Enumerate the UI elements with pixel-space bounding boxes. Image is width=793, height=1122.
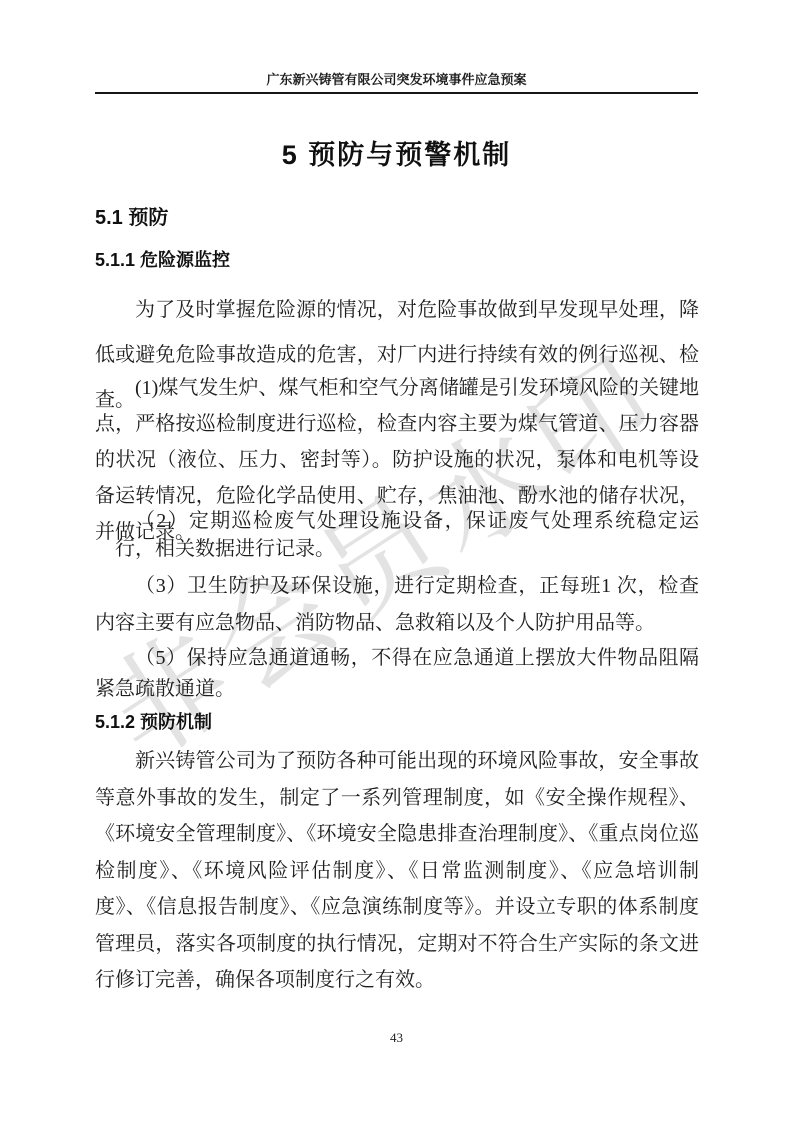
page-header: 广东新兴铸管有限公司突发环境事件应急预案: [0, 69, 793, 88]
paragraph-item-2: （2）定期巡检废气处理设施设备，保证废气处理系统稳定运行，相关数据进行记录。: [95, 507, 699, 563]
section-heading-5-1-1: 5.1.1 危险源监控: [95, 246, 230, 272]
paragraph-item-3: （3）卫生防护及环保设施，进行定期检查，正每班1 次，检查内容主要有应急物品、消…: [95, 568, 699, 642]
page-number: 43: [0, 1030, 793, 1046]
paragraph-5-1-2: 新兴铸管公司为了预防各种可能出现的环境风险事故，安全事故等意外事故的发生，制定了…: [95, 743, 699, 999]
document-page: 非会员水印 广东新兴铸管有限公司突发环境事件应急预案 5 预防与预警机制 5.1…: [0, 0, 793, 1122]
paragraph-item-5: （5）保持应急通道通畅，不得在应急通道上摆放大件物品阻隔紧急疏散通道。: [95, 643, 699, 705]
header-divider: [95, 92, 698, 94]
section-heading-5-1: 5.1 预防: [95, 201, 168, 230]
section-heading-5-1-2: 5.1.2 预防机制: [95, 708, 212, 734]
chapter-title: 5 预防与预警机制: [0, 133, 793, 172]
